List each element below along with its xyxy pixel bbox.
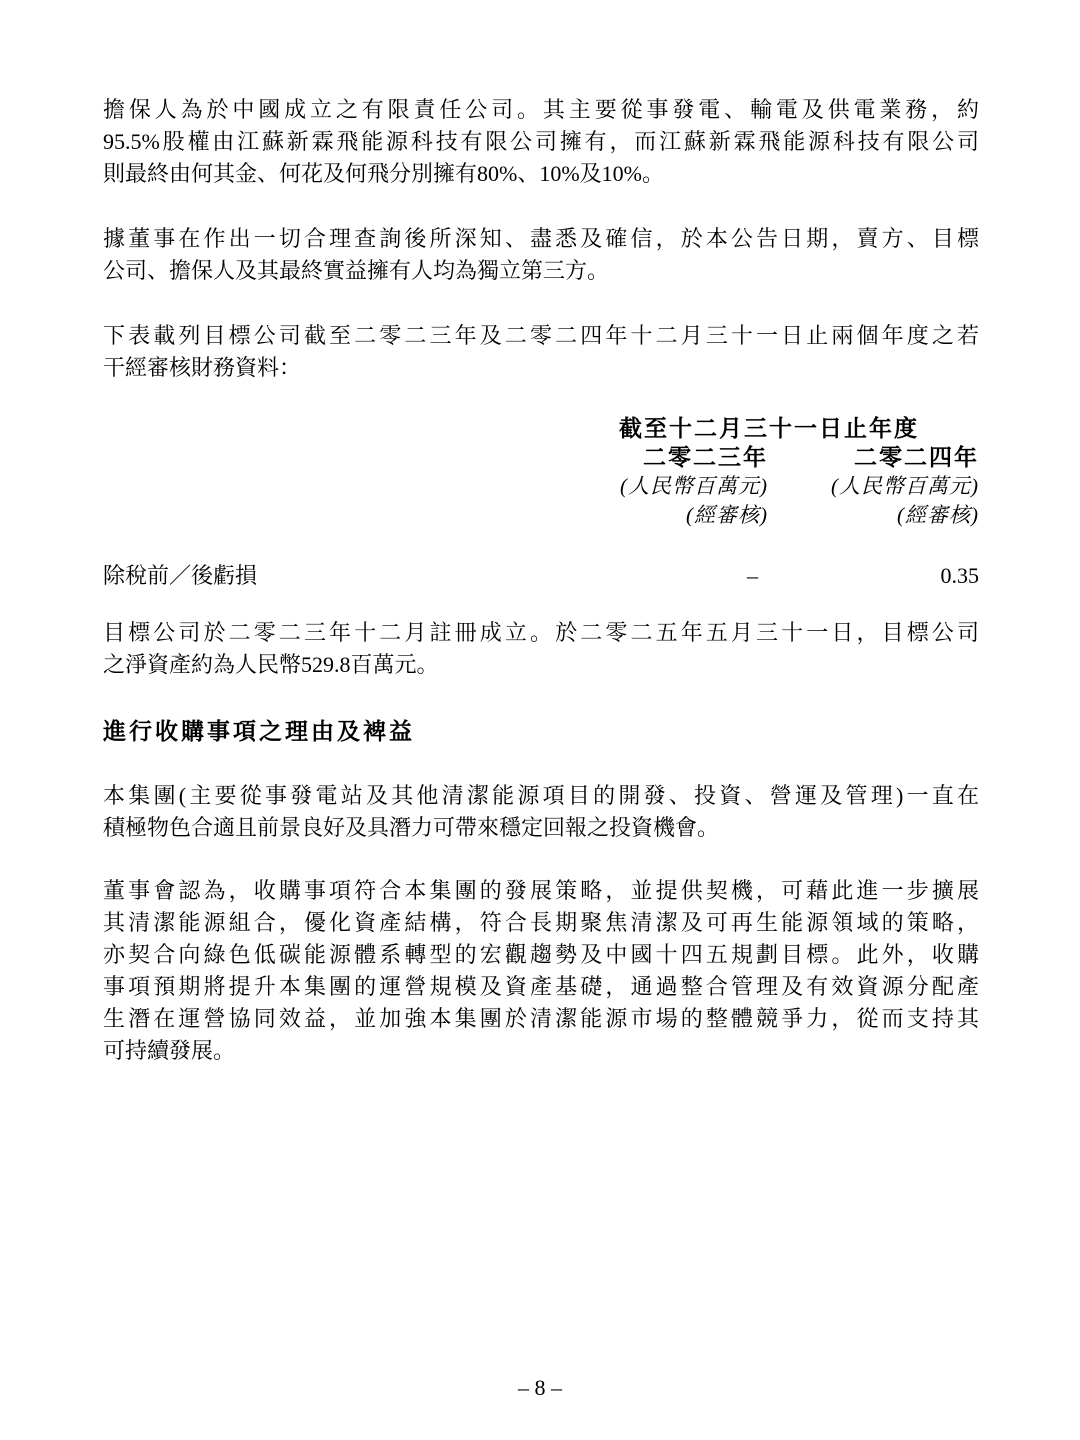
paragraph-board-view: 董事會認為，收購事項符合本集團的發展策略，並提供契機，可藉此進一步擴展 其清潔能… (103, 875, 979, 1067)
page-content: 擔保人為於中國成立之有限責任公司。其主要從事發電、輸電及供電業務，約 95.5%… (103, 0, 979, 1067)
text-line: 據董事在作出一切合理查詢後所深知、盡悉及確信，於本公告日期，賣方、目標 (103, 223, 979, 255)
paragraph-incorporation: 目標公司於二零二三年十二月註冊成立。於二零二五年五月三十一日，目標公司 之淨資產… (103, 617, 979, 681)
table-spacer (103, 501, 543, 530)
paragraph-guarantor: 擔保人為於中國成立之有限責任公司。其主要從事發電、輸電及供電業務，約 95.5%… (103, 94, 979, 190)
table-row-value-2023: – (543, 560, 768, 592)
table-data-row-loss: 除稅前／後虧損 – 0.35 (103, 560, 979, 592)
paragraph-independence: 據董事在作出一切合理查詢後所深知、盡悉及確信，於本公告日期，賣方、目標 公司、擔… (103, 223, 979, 287)
text-line: 可持續發展。 (103, 1035, 979, 1067)
text-line: 之淨資產約為人民幣529.8百萬元。 (103, 649, 979, 681)
table-audited-row: (經審核) (經審核) (103, 501, 979, 530)
page-number: – 8 – (0, 1372, 1080, 1404)
text-line: 積極物色合適且前景良好及具潛力可帶來穩定回報之投資機會。 (103, 812, 979, 844)
text-line: 公司、擔保人及其最終實益擁有人均為獨立第三方。 (103, 255, 979, 287)
text-line: 生潛在運營協同效益，並加強本集團於清潔能源市場的整體競爭力，從而支持其 (103, 1003, 979, 1035)
financial-table: 截至十二月三十一日止年度 二零二三年 二零二四年 (人民幣百萬元) (人民幣百萬… (103, 414, 979, 592)
paragraph-group-business: 本集團(主要從事發電站及其他清潔能源項目的開發、投資、營運及管理)一直在 積極物… (103, 780, 979, 844)
text-line: 亦契合向綠色低碳能源體系轉型的宏觀趨勢及中國十四五規劃目標。此外，收購 (103, 939, 979, 971)
table-row-label: 除稅前／後虧損 (103, 560, 543, 592)
text-line: 本集團(主要從事發電站及其他清潔能源項目的開發、投資、營運及管理)一直在 (103, 780, 979, 812)
text-line: 董事會認為，收購事項符合本集團的發展策略，並提供契機，可藉此進一步擴展 (103, 875, 979, 907)
text-line: 95.5%股權由江蘇新霖飛能源科技有限公司擁有，而江蘇新霖飛能源科技有限公司 (103, 126, 979, 158)
text-line: 目標公司於二零二三年十二月註冊成立。於二零二五年五月三十一日，目標公司 (103, 617, 979, 649)
text-line: 則最終由何其金、何花及何飛分別擁有80%、10%及10%。 (103, 158, 979, 190)
table-spacer (103, 443, 543, 472)
section-heading-reasons: 進行收購事項之理由及裨益 (103, 716, 979, 748)
table-col2-year: 二零二四年 (768, 443, 979, 472)
text-line: 下表載列目標公司截至二零二三年及二零二四年十二月三十一日止兩個年度之若 (103, 320, 979, 352)
text-line: 干經審核財務資料： (103, 352, 979, 384)
table-col2-audited: (經審核) (768, 501, 979, 530)
text-line: 其清潔能源組合，優化資產結構，符合長期聚焦清潔及可再生能源領域的策略， (103, 907, 979, 939)
table-row-value-2024: 0.35 (768, 560, 979, 592)
table-col2-unit: (人民幣百萬元) (768, 472, 979, 501)
table-spacer (103, 472, 543, 501)
table-period-header: 截至十二月三十一日止年度 (559, 414, 979, 443)
document-page: 擔保人為於中國成立之有限責任公司。其主要從事發電、輸電及供電業務，約 95.5%… (0, 0, 1080, 1440)
table-col1-unit: (人民幣百萬元) (543, 472, 768, 501)
table-unit-row: (人民幣百萬元) (人民幣百萬元) (103, 472, 979, 501)
text-line: 擔保人為於中國成立之有限責任公司。其主要從事發電、輸電及供電業務，約 (103, 94, 979, 126)
table-col1-year: 二零二三年 (543, 443, 768, 472)
table-col1-audited: (經審核) (543, 501, 768, 530)
table-year-row: 二零二三年 二零二四年 (103, 443, 979, 472)
paragraph-table-intro: 下表載列目標公司截至二零二三年及二零二四年十二月三十一日止兩個年度之若 干經審核… (103, 320, 979, 384)
text-line: 事項預期將提升本集團的運營規模及資產基礎，通過整合管理及有效資源分配產 (103, 971, 979, 1003)
